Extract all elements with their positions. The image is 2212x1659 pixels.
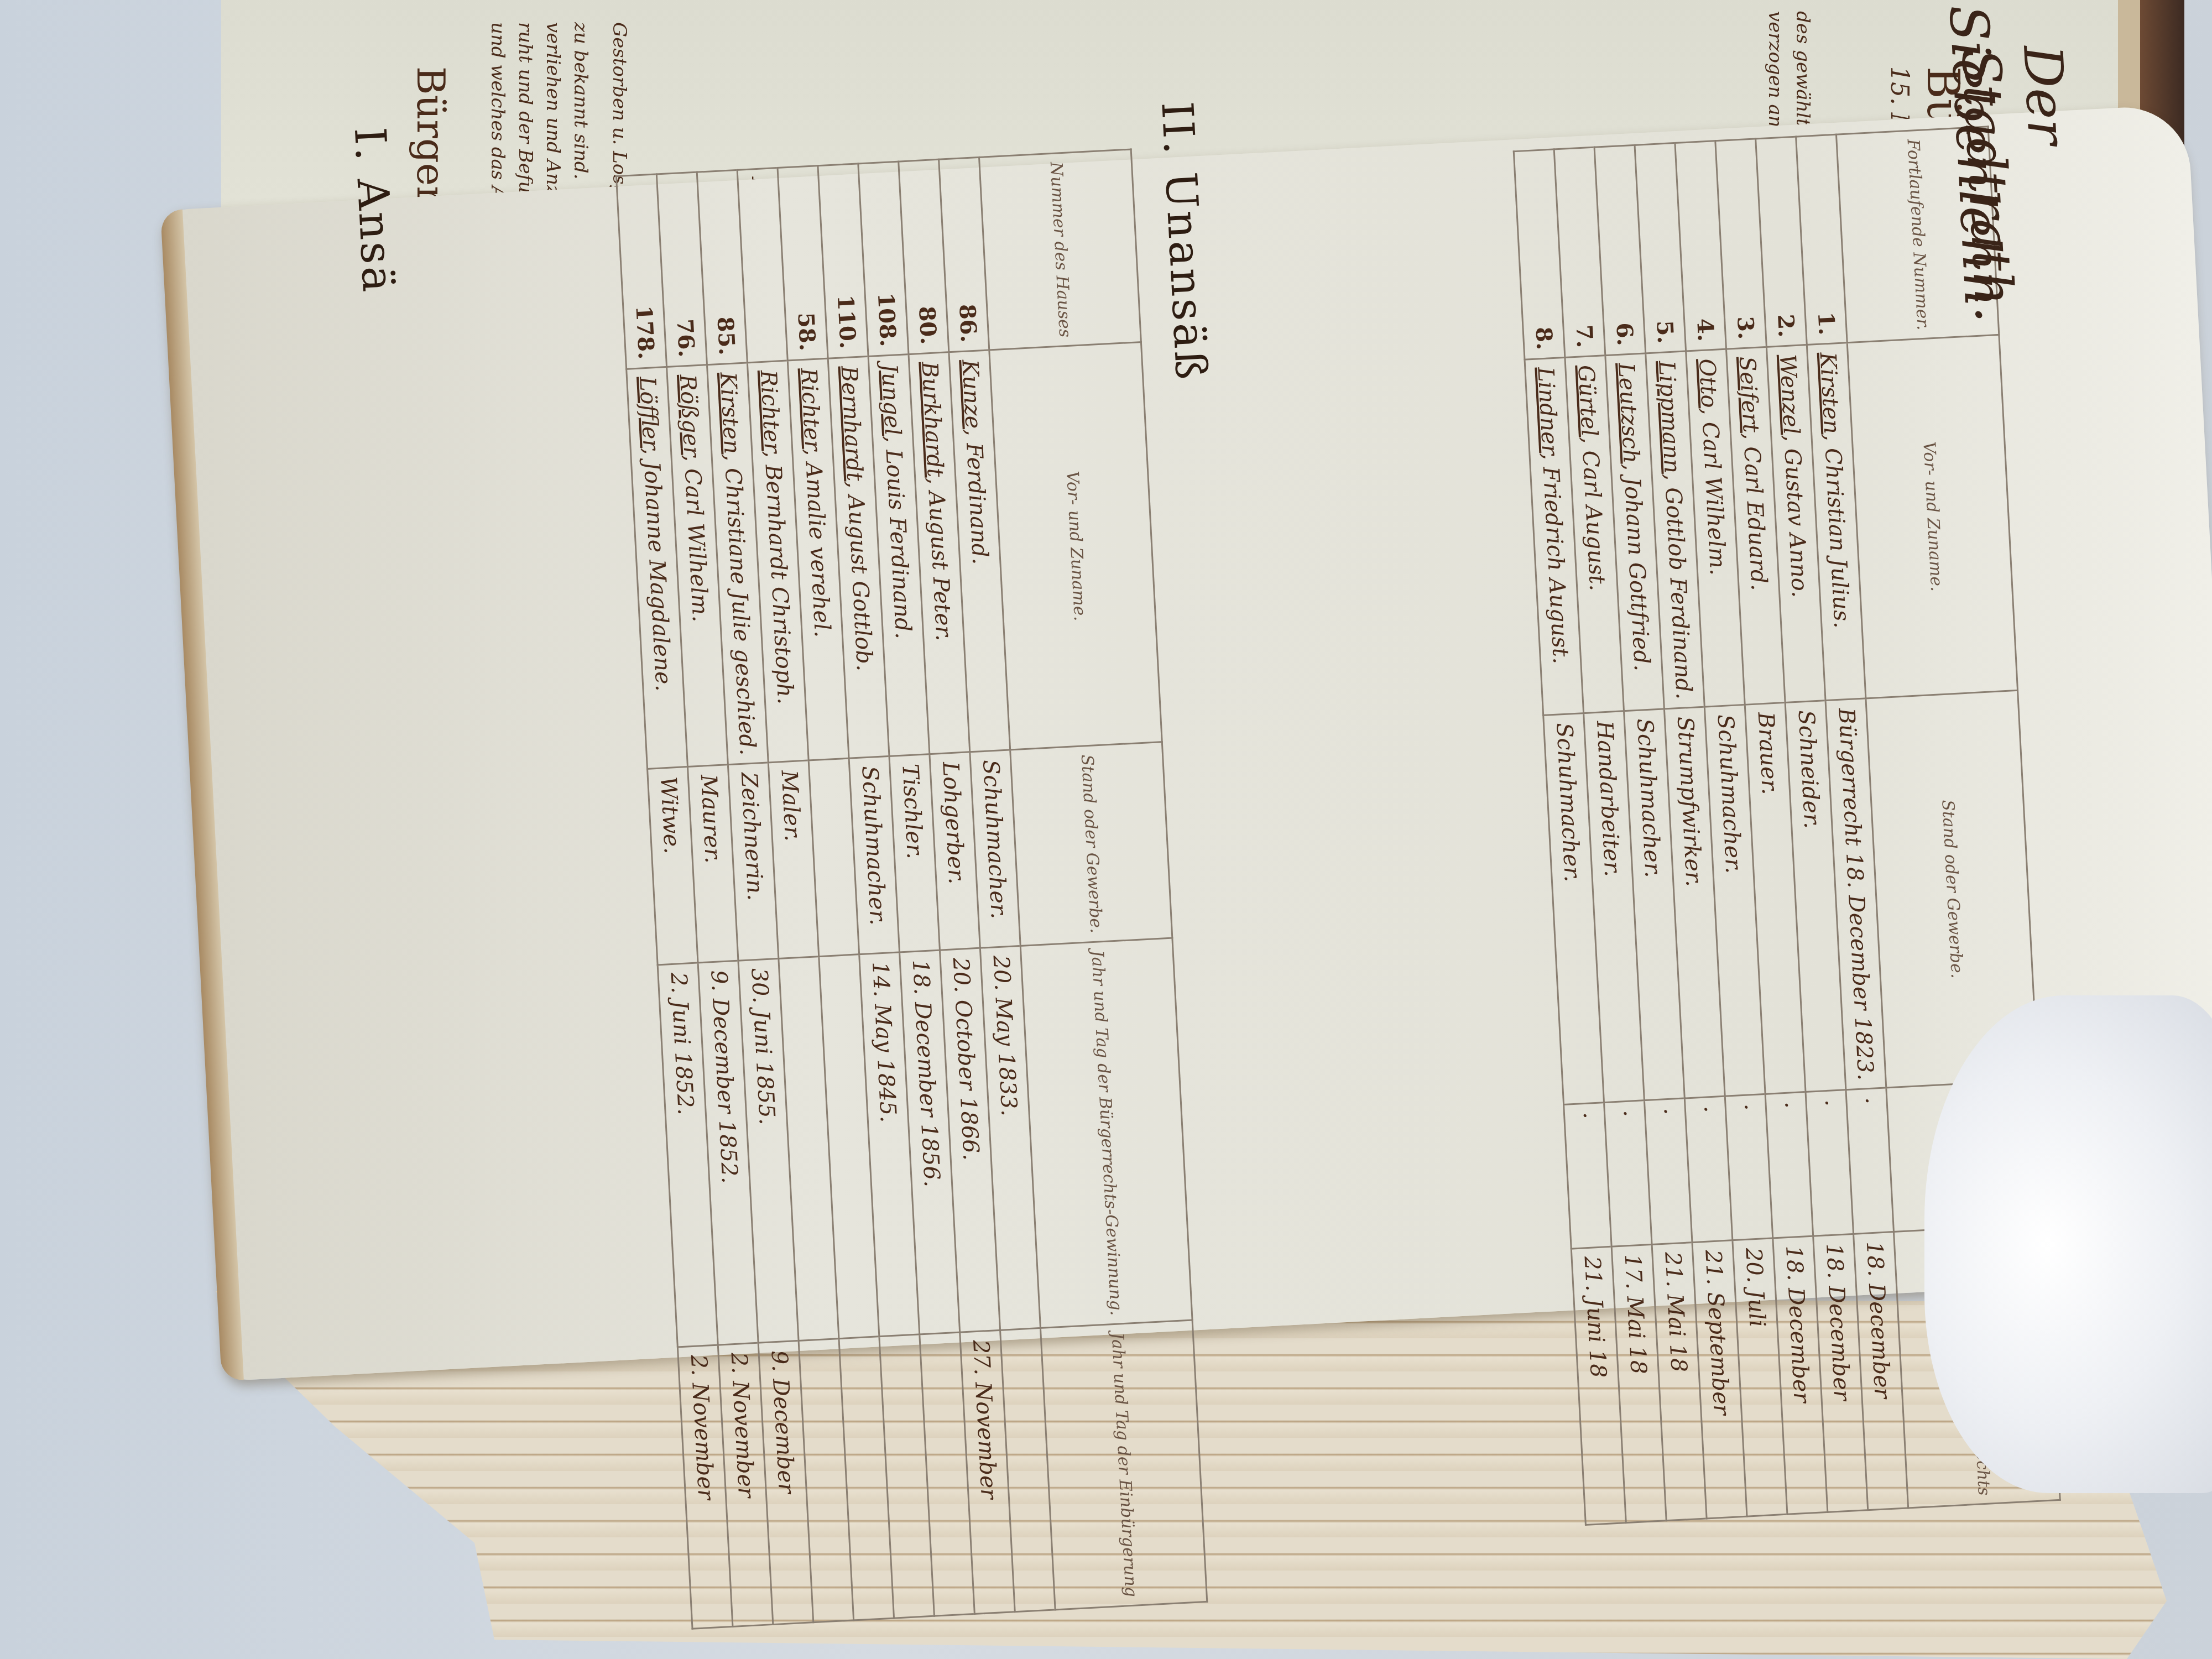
given-name: Carl Wilhelm. <box>680 468 713 623</box>
signature-council: Der Stadtrath. <box>1949 44 2088 324</box>
given-name: Ferdinand. <box>961 442 993 566</box>
given-name: Johann Gottfried. <box>1619 477 1655 672</box>
given-name: Gustav Anno. <box>1780 448 1813 598</box>
given-name: Carl Wilhelm. <box>1697 421 1730 576</box>
given-name: August Peter. <box>924 491 957 641</box>
given-name: Friedrich August. <box>1538 466 1574 665</box>
house-number: · <box>1846 1088 1894 1234</box>
given-name: Christiane Julie geschied. <box>720 467 760 756</box>
col-name: Vor- und Zuname. <box>1847 335 2017 698</box>
house-number: · <box>1564 1103 1612 1249</box>
given-name: Carl Eduard. <box>1739 446 1772 591</box>
col-house-number: Nummer des Hauses <box>979 149 1141 350</box>
surname: Bernhardt <box>836 365 867 481</box>
section-1-table-wrapper: Nummer des Hauses Vor- und Zuname. Stand… <box>615 148 1208 1629</box>
surname: Richter <box>755 369 785 451</box>
surname: Leutzsch <box>1613 362 1644 464</box>
surname: Burkhardt <box>916 361 948 478</box>
given-name: Amalie verehel. <box>801 462 836 638</box>
surname: Jungel <box>876 363 905 436</box>
surname: Löffler <box>634 376 664 448</box>
surname: Lippmann <box>1653 360 1685 474</box>
house-number: · <box>1806 1090 1854 1236</box>
surname: Kirsten <box>1815 352 1845 435</box>
col-date: Jahr und Tag der Bürgerrechts-Gewinnung. <box>1020 938 1192 1328</box>
house-number: · <box>1604 1100 1652 1246</box>
col-trade: Stand oder Gewerbe. <box>1010 742 1172 946</box>
col-extra: Jahr und Tag der Einbürgerung <box>1040 1320 1207 1609</box>
given-name: Bernhardt Christoph. <box>760 464 799 705</box>
surname: Seifert <box>1734 356 1764 433</box>
given-name: Christian Julius. <box>1820 447 1855 629</box>
surname: Gürtel <box>1573 364 1602 437</box>
surname: Wenzel <box>1775 354 1804 435</box>
back-page-remark-4: zu bekannt sind. <box>570 22 592 179</box>
surname: Kirsten <box>715 372 745 455</box>
house-number: · <box>1725 1094 1773 1240</box>
section-1-table: Nummer des Hauses Vor- und Zuname. Stand… <box>615 148 1208 1629</box>
house-number: · <box>1644 1098 1692 1244</box>
col-name: Vor- und Zuname. <box>989 342 1162 750</box>
white-glove <box>1924 995 2212 1493</box>
surname: Richter <box>796 367 826 449</box>
register-page: I. Ansä Nummer des Hauses Vor- und Zunam… <box>166 104 2212 1381</box>
given-name: Johanne Magdalene. <box>639 461 676 692</box>
section-1-title: I. Ansä <box>345 126 403 295</box>
given-name: Gottlob Ferdinand. <box>1660 487 1697 700</box>
given-name: August Gottlob. <box>843 494 878 672</box>
house-number: · <box>1765 1092 1813 1238</box>
page-edge <box>160 209 244 1381</box>
given-name: Carl August. <box>1577 450 1610 591</box>
house-number: · <box>1684 1096 1733 1242</box>
surname: Rößger <box>675 374 705 455</box>
surname: Otto <box>1694 358 1722 408</box>
back-page-heading: Bürger. <box>408 66 453 212</box>
surname: Lindner <box>1532 367 1562 453</box>
given-name: Louis Ferdinand. <box>880 449 916 640</box>
surname: Kunze <box>957 359 985 430</box>
